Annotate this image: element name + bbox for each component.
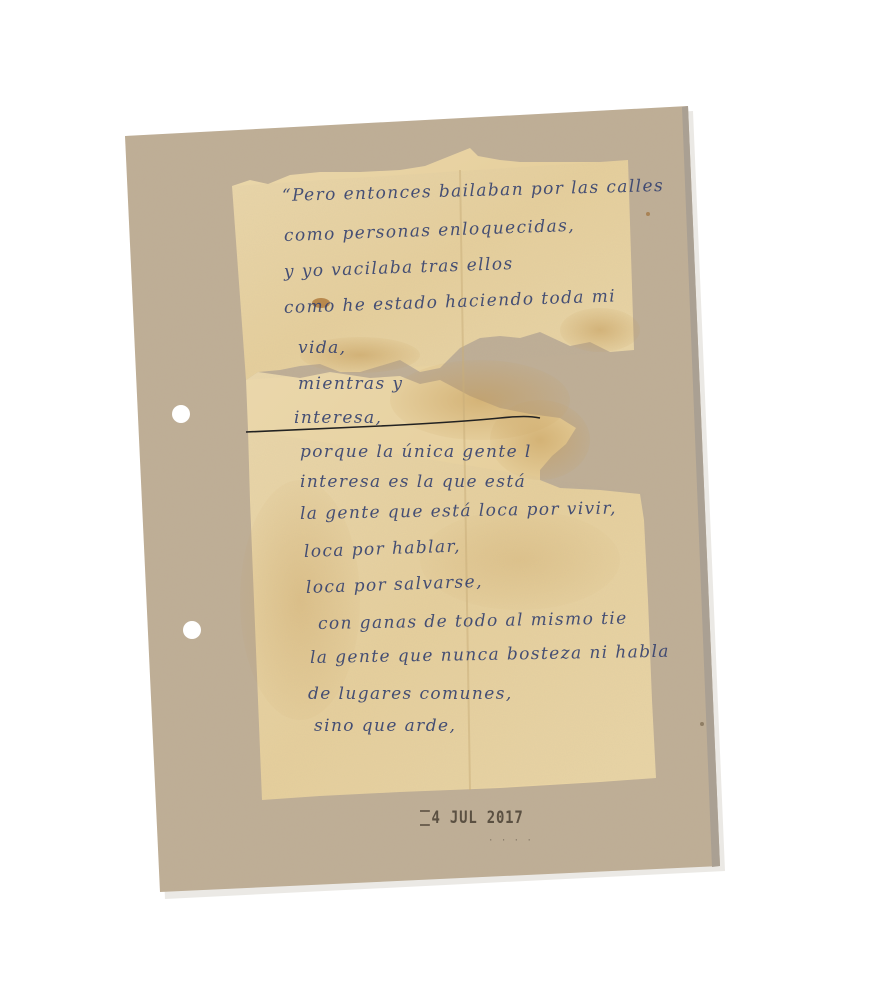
handwriting-line-16: sino que arde, <box>314 716 456 736</box>
punch-hole-top <box>172 405 190 423</box>
stamp-mark-icon <box>420 810 430 826</box>
date-stamp-subtext: · · · · <box>488 836 533 846</box>
mount-and-paper-graphic <box>0 0 870 1000</box>
handwriting-line-5: vida, <box>298 338 346 358</box>
handwriting-line-15: de lugares comunes, <box>308 684 513 704</box>
handwriting-line-6: mientras y <box>298 374 403 394</box>
date-stamp: 4 JUL 2017 <box>420 808 524 828</box>
date-stamp-text: 4 JUL 2017 <box>431 808 523 828</box>
handwriting-line-7: interesa, <box>294 408 382 428</box>
handwriting-line-9: interesa es la que está <box>300 472 526 492</box>
scan-canvas: “Pero entonces bailaban por las calles c… <box>0 0 870 1000</box>
punch-hole-bottom <box>183 621 201 639</box>
cardboard-mount <box>0 0 870 1000</box>
handwriting-line-8: porque la única gente l <box>300 442 532 462</box>
